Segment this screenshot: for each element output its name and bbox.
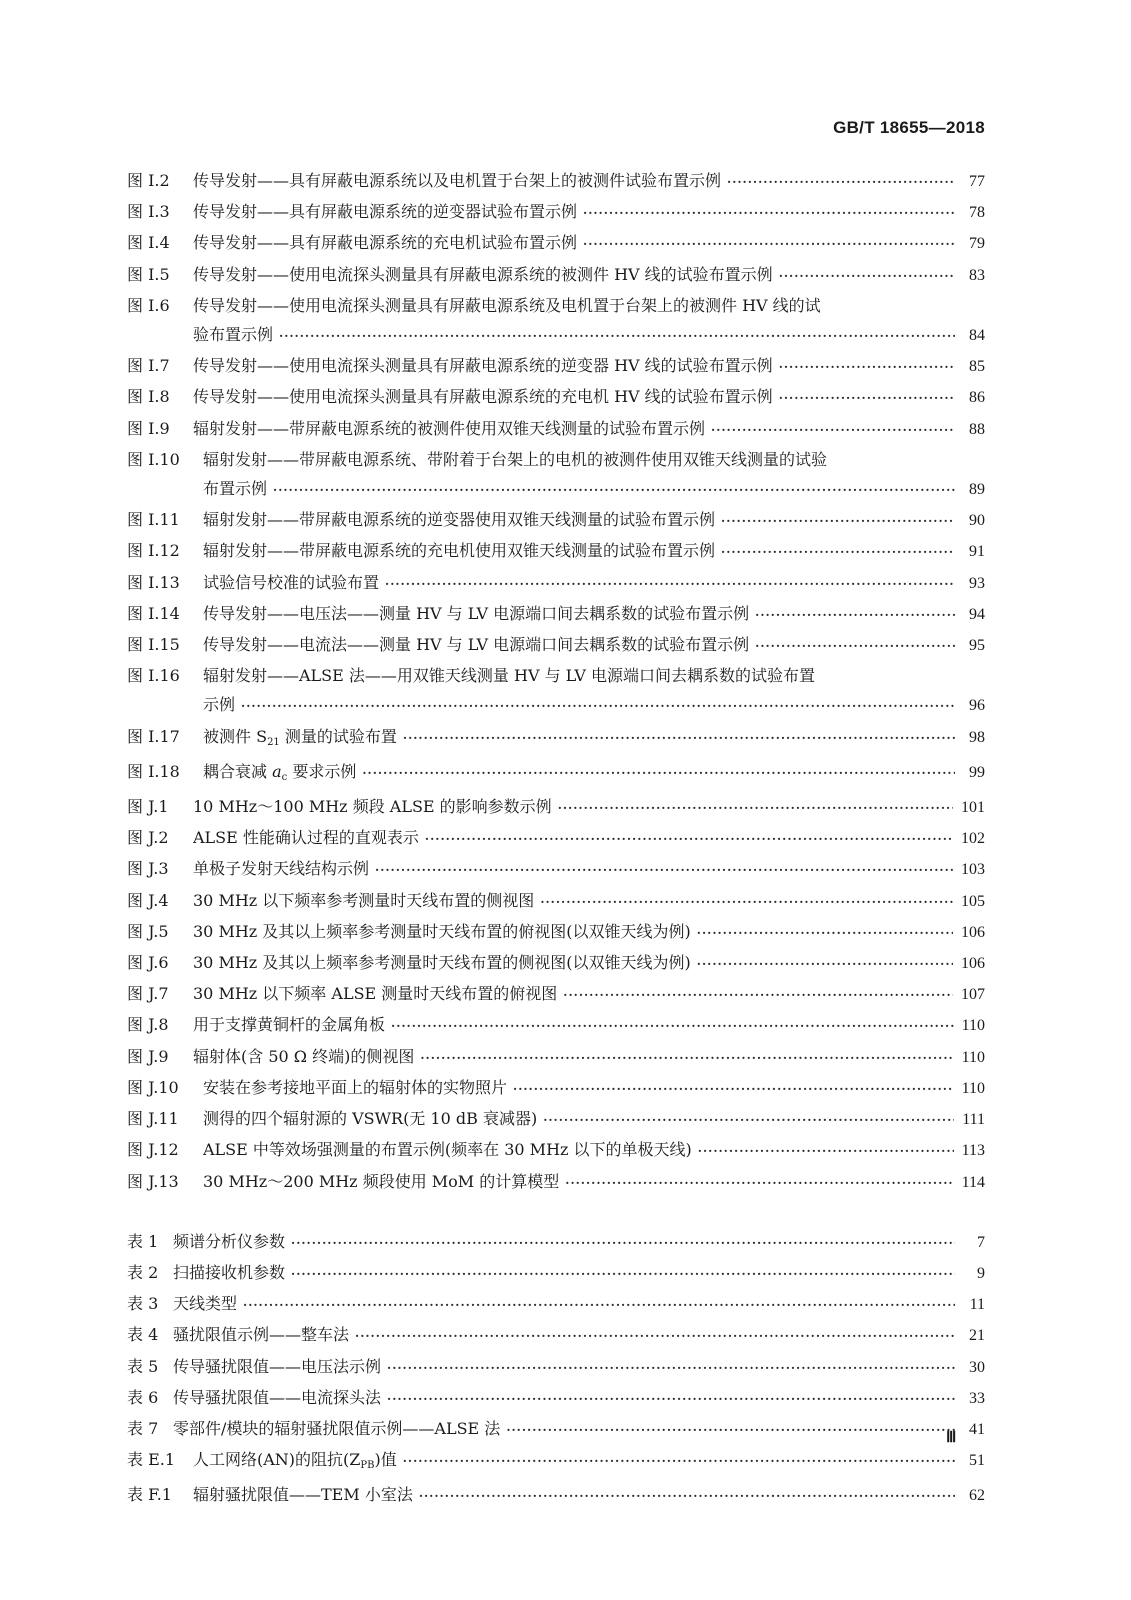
- entry-page-number: 88: [963, 415, 985, 444]
- entry-label: 图 J.13: [127, 1167, 203, 1196]
- entry-line: 安装在参考接地平面上的辐射体的实物照片110: [203, 1073, 985, 1104]
- entry-body: 辐射发射——带屏蔽电源系统的被测件使用双锥天线测量的试验布置示例88: [193, 414, 985, 445]
- entry-body: 测得的四个辐射源的 VSWR(无 10 dB 衰减器)111: [203, 1104, 985, 1135]
- entry-line: 扫描接收机参数9: [173, 1258, 985, 1289]
- entry-label: 图 J.8: [127, 1010, 193, 1039]
- entry-body: 用于支撑黄铜杆的金属角板110: [193, 1010, 985, 1041]
- entry-body: 传导骚扰限值——电流探头法33: [173, 1383, 985, 1414]
- entry-title: 传导发射——使用电流探头测量具有屏蔽电源系统的逆变器 HV 线的试验布置示例: [193, 351, 773, 380]
- entry-page-number: 114: [962, 1168, 985, 1197]
- table-list: 表 1频谱分析仪参数7表 2扫描接收机参数9表 3天线类型11表 4骚扰限值示例…: [127, 1227, 985, 1512]
- toc-figure-entry[interactable]: 图 J.9辐射体(含 50 Ω 终端)的侧视图110: [127, 1042, 985, 1073]
- entry-title: 人工网络(AN)的阻抗(ZPB)值: [193, 1445, 397, 1480]
- entry-title: 30 MHz 以下频率参考测量时天线布置的侧视图: [193, 886, 534, 915]
- entry-line: 传导发射——电压法——测量 HV 与 LV 电源端口间去耦系数的试验布置示例94: [203, 599, 985, 630]
- dot-leader: [425, 825, 953, 854]
- entry-line: 辐射体(含 50 Ω 终端)的侧视图110: [193, 1042, 985, 1073]
- entry-body: 30 MHz～200 MHz 频段使用 MoM 的计算模型114: [203, 1167, 985, 1198]
- entry-page-number: 102: [961, 824, 985, 853]
- toc-table-entry[interactable]: 表 6传导骚扰限值——电流探头法33: [127, 1383, 985, 1414]
- dot-leader: [558, 794, 953, 823]
- toc-figure-entry[interactable]: 图 I.5传导发射——使用电流探头测量具有屏蔽电源系统的被测件 HV 线的试验布…: [127, 260, 985, 291]
- toc-figure-entry[interactable]: 图 J.630 MHz 及其以上频率参考测量时天线布置的侧视图(以双锥天线为例)…: [127, 948, 985, 979]
- toc-table-entry[interactable]: 表 3天线类型11: [127, 1289, 985, 1320]
- entry-title: 传导发射——使用电流探头测量具有屏蔽电源系统及电机置于台架上的被测件 HV 线的…: [193, 291, 821, 320]
- entry-page-number: 11: [963, 1290, 985, 1319]
- entry-line: 频谱分析仪参数7: [173, 1227, 985, 1258]
- entry-page-number: 62: [963, 1481, 985, 1510]
- entry-body: ALSE 中等效场强测量的布置示例(频率在 30 MHz 以下的单极天线)113: [203, 1135, 985, 1166]
- entry-title: 辐射体(含 50 Ω 终端)的侧视图: [193, 1042, 414, 1071]
- entry-title: 耦合衰减 ac 要求示例: [203, 757, 356, 792]
- entry-title: 扫描接收机参数: [173, 1258, 285, 1287]
- entry-line: 测得的四个辐射源的 VSWR(无 10 dB 衰减器)111: [203, 1104, 985, 1135]
- entry-body: 传导发射——使用电流探头测量具有屏蔽电源系统及电机置于台架上的被测件 HV 线的…: [193, 291, 985, 351]
- entry-body: 传导发射——具有屏蔽电源系统的充电机试验布置示例79: [193, 228, 985, 259]
- dot-leader: [755, 601, 955, 630]
- entry-title: ALSE 性能确认过程的直观表示: [193, 823, 419, 852]
- toc-figure-entry[interactable]: 图 J.430 MHz 以下频率参考测量时天线布置的侧视图105: [127, 886, 985, 917]
- entry-label: 图 I.10: [127, 445, 203, 474]
- toc-table-entry[interactable]: 表 1频谱分析仪参数7: [127, 1227, 985, 1258]
- entry-page-number: 107: [961, 980, 985, 1009]
- entry-body: 扫描接收机参数9: [173, 1258, 985, 1289]
- entry-body: 频谱分析仪参数7: [173, 1227, 985, 1258]
- entry-title: 传导发射——使用电流探头测量具有屏蔽电源系统的被测件 HV 线的试验布置示例: [193, 260, 773, 289]
- toc-figure-entry[interactable]: 图 I.3传导发射——具有屏蔽电源系统的逆变器试验布置示例78: [127, 197, 985, 228]
- entry-label: 表 2: [127, 1258, 173, 1287]
- entry-page-number: 98: [963, 723, 985, 752]
- entry-title: 测得的四个辐射源的 VSWR(无 10 dB 衰减器): [203, 1104, 537, 1133]
- toc-table-entry[interactable]: 表 4骚扰限值示例——整车法21: [127, 1320, 985, 1351]
- toc-table-entry[interactable]: 表 E.1人工网络(AN)的阻抗(ZPB)值51: [127, 1445, 985, 1480]
- entry-body: 零部件/模块的辐射骚扰限值示例——ALSE 法41: [173, 1414, 985, 1445]
- dot-leader: [540, 888, 953, 917]
- entry-body: 传导骚扰限值——电压法示例30: [173, 1352, 985, 1383]
- entry-page-number: 110: [962, 1043, 985, 1072]
- entry-body: 传导发射——具有屏蔽电源系统以及电机置于台架上的被测件试验布置示例77: [193, 166, 985, 197]
- dot-leader: [241, 692, 955, 721]
- entry-label: 图 J.5: [127, 917, 193, 946]
- dot-leader: [291, 1229, 955, 1258]
- entry-title: 零部件/模块的辐射骚扰限值示例——ALSE 法: [173, 1414, 500, 1443]
- entry-body: 天线类型11: [173, 1289, 985, 1320]
- entry-line: 辐射发射——带屏蔽电源系统的被测件使用双锥天线测量的试验布置示例88: [193, 414, 985, 445]
- dot-leader: [291, 1260, 955, 1289]
- entry-title: 辐射发射——带屏蔽电源系统的充电机使用双锥天线测量的试验布置示例: [203, 536, 715, 565]
- entry-line: 人工网络(AN)的阻抗(ZPB)值51: [193, 1445, 985, 1480]
- toc-figure-entry[interactable]: 图 J.730 MHz 以下频率 ALSE 测量时天线布置的俯视图107: [127, 979, 985, 1010]
- entry-line: 示例96: [203, 690, 985, 721]
- entry-page-number: 21: [963, 1321, 985, 1350]
- entry-line: 传导发射——使用电流探头测量具有屏蔽电源系统的充电机 HV 线的试验布置示例86: [193, 382, 985, 413]
- dot-leader: [779, 384, 955, 413]
- entry-label: 图 I.5: [127, 260, 193, 289]
- entry-title: 30 MHz 以下频率 ALSE 测量时天线布置的俯视图: [193, 979, 557, 1008]
- standard-number-header: GB/T 18655—2018: [833, 118, 985, 138]
- entry-body: 传导发射——使用电流探头测量具有屏蔽电源系统的逆变器 HV 线的试验布置示例85: [193, 351, 985, 382]
- entry-title: 10 MHz～100 MHz 频段 ALSE 的影响参数示例: [193, 792, 552, 821]
- entry-page-number: 77: [963, 167, 985, 196]
- entry-page-number: 84: [963, 321, 985, 350]
- toc-figure-entry[interactable]: 图 I.4传导发射——具有屏蔽电源系统的充电机试验布置示例79: [127, 228, 985, 259]
- toc-figure-entry[interactable]: 图 I.6传导发射——使用电流探头测量具有屏蔽电源系统及电机置于台架上的被测件 …: [127, 291, 985, 351]
- entry-line: 30 MHz 以下频率参考测量时天线布置的侧视图105: [193, 886, 985, 917]
- dot-leader: [779, 262, 955, 291]
- entry-body: 耦合衰减 ac 要求示例99: [203, 757, 985, 792]
- entry-page-number: 93: [963, 569, 985, 598]
- toc-figure-entry[interactable]: 图 J.1330 MHz～200 MHz 频段使用 MoM 的计算模型114: [127, 1167, 985, 1198]
- entry-label: 图 I.17: [127, 722, 203, 751]
- toc-figure-entry[interactable]: 图 I.9辐射发射——带屏蔽电源系统的被测件使用双锥天线测量的试验布置示例88: [127, 414, 985, 445]
- entry-line: 30 MHz 及其以上频率参考测量时天线布置的侧视图(以双锥天线为例)106: [193, 948, 985, 979]
- entry-page-number: 51: [963, 1446, 985, 1475]
- entry-line: 传导发射——使用电流探头测量具有屏蔽电源系统及电机置于台架上的被测件 HV 线的…: [193, 291, 985, 320]
- entry-title: 30 MHz 及其以上频率参考测量时天线布置的俯视图(以双锥天线为例): [193, 917, 691, 946]
- entry-page-number: 33: [963, 1384, 985, 1413]
- entry-line: 传导骚扰限值——电压法示例30: [173, 1352, 985, 1383]
- entry-label: 图 I.2: [127, 166, 193, 195]
- entry-label: 表 3: [127, 1289, 173, 1318]
- toc-figure-entry[interactable]: 图 J.530 MHz 及其以上频率参考测量时天线布置的俯视图(以双锥天线为例)…: [127, 917, 985, 948]
- entry-line: 验布置示例84: [193, 320, 985, 351]
- dot-leader: [721, 507, 955, 536]
- entry-title: 传导发射——具有屏蔽电源系统的逆变器试验布置示例: [193, 197, 577, 226]
- entry-label: 表 5: [127, 1352, 173, 1381]
- entry-page-number: 111: [962, 1105, 985, 1134]
- toc-figure-entry[interactable]: 图 I.11辐射发射——带屏蔽电源系统的逆变器使用双锥天线测量的试验布置示例90: [127, 505, 985, 536]
- entry-label: 图 I.7: [127, 351, 193, 380]
- dot-leader: [387, 1385, 955, 1414]
- entry-label: 图 J.7: [127, 979, 193, 1008]
- figure-list: 图 I.2传导发射——具有屏蔽电源系统以及电机置于台架上的被测件试验布置示例77…: [127, 166, 985, 1198]
- entry-line: 单极子发射天线结构示例103: [193, 854, 985, 885]
- toc-figure-entry[interactable]: 图 J.12ALSE 中等效场强测量的布置示例(频率在 30 MHz 以下的单极…: [127, 1135, 985, 1166]
- entry-body: 30 MHz 及其以上频率参考测量时天线布置的俯视图(以双锥天线为例)106: [193, 917, 985, 948]
- entry-line: 30 MHz 以下频率 ALSE 测量时天线布置的俯视图107: [193, 979, 985, 1010]
- entry-line: 30 MHz～200 MHz 频段使用 MoM 的计算模型114: [203, 1167, 985, 1198]
- entry-title: 传导骚扰限值——电压法示例: [173, 1352, 381, 1381]
- dot-leader: [387, 1354, 955, 1383]
- entry-title: 频谱分析仪参数: [173, 1227, 285, 1256]
- dot-leader: [543, 1106, 954, 1135]
- entry-page-number: 99: [963, 758, 985, 787]
- entry-title: 试验信号校准的试验布置: [203, 568, 379, 597]
- toc-figure-entry[interactable]: 图 J.110 MHz～100 MHz 频段 ALSE 的影响参数示例101: [127, 792, 985, 823]
- entry-title: 天线类型: [173, 1289, 237, 1318]
- entry-page-number: 105: [961, 887, 985, 916]
- entry-body: 传导发射——使用电流探头测量具有屏蔽电源系统的充电机 HV 线的试验布置示例86: [193, 382, 985, 413]
- dot-leader: [711, 416, 955, 445]
- entry-body: 辐射体(含 50 Ω 终端)的侧视图110: [193, 1042, 985, 1073]
- dot-leader: [362, 759, 955, 788]
- toc-figure-entry[interactable]: 图 I.18耦合衰减 ac 要求示例99: [127, 757, 985, 792]
- dot-leader: [420, 1044, 953, 1073]
- entry-title: 被测件 S21 测量的试验布置: [203, 722, 397, 757]
- entry-label: 图 J.9: [127, 1042, 193, 1071]
- entry-label: 图 J.2: [127, 823, 193, 852]
- entry-title: 布置示例: [203, 474, 267, 503]
- entry-title: 传导发射——使用电流探头测量具有屏蔽电源系统的充电机 HV 线的试验布置示例: [193, 382, 773, 411]
- toc-table-entry[interactable]: 表 2扫描接收机参数9: [127, 1258, 985, 1289]
- dot-leader: [755, 632, 955, 661]
- entry-line: 天线类型11: [173, 1289, 985, 1320]
- entry-page-number: 95: [963, 631, 985, 660]
- entry-label: 表 F.1: [127, 1480, 193, 1509]
- entry-line: 10 MHz～100 MHz 频段 ALSE 的影响参数示例101: [193, 792, 985, 823]
- dot-leader: [698, 1137, 954, 1166]
- entry-title: 30 MHz～200 MHz 频段使用 MoM 的计算模型: [203, 1167, 559, 1196]
- entry-page-number: 110: [962, 1011, 985, 1040]
- entry-line: 辐射发射——带屏蔽电源系统的充电机使用双锥天线测量的试验布置示例91: [203, 536, 985, 567]
- entry-line: 辐射发射——带屏蔽电源系统的逆变器使用双锥天线测量的试验布置示例90: [203, 505, 985, 536]
- entry-body: 传导发射——具有屏蔽电源系统的逆变器试验布置示例78: [193, 197, 985, 228]
- entry-body: 被测件 S21 测量的试验布置98: [203, 722, 985, 757]
- entry-label: 图 J.10: [127, 1073, 203, 1102]
- toc-figure-entry[interactable]: 图 I.17被测件 S21 测量的试验布置98: [127, 722, 985, 757]
- entry-page-number: 9: [963, 1259, 985, 1288]
- entry-title: 辐射发射——带屏蔽电源系统的被测件使用双锥天线测量的试验布置示例: [193, 414, 705, 443]
- table-of-contents: 图 I.2传导发射——具有屏蔽电源系统以及电机置于台架上的被测件试验布置示例77…: [127, 166, 985, 1512]
- dot-leader: [403, 724, 955, 753]
- entry-title: ALSE 中等效场强测量的布置示例(频率在 30 MHz 以下的单极天线): [203, 1135, 692, 1164]
- entry-label: 表 1: [127, 1227, 173, 1256]
- entry-body: 30 MHz 以下频率 ALSE 测量时天线布置的俯视图107: [193, 979, 985, 1010]
- page-number-footer: Ⅲ: [946, 1428, 956, 1447]
- toc-figure-entry[interactable]: 图 I.15传导发射——电流法——测量 HV 与 LV 电源端口间去耦系数的试验…: [127, 630, 985, 661]
- entry-body: 试验信号校准的试验布置93: [203, 568, 985, 599]
- entry-line: ALSE 中等效场强测量的布置示例(频率在 30 MHz 以下的单极天线)113: [203, 1135, 985, 1166]
- entry-label: 图 J.3: [127, 854, 193, 883]
- entry-page-number: 113: [962, 1136, 985, 1165]
- entry-title: 安装在参考接地平面上的辐射体的实物照片: [203, 1073, 507, 1102]
- entry-label: 图 I.18: [127, 757, 203, 786]
- entry-label: 图 I.6: [127, 291, 193, 320]
- entry-title: 辐射发射——ALSE 法——用双锥天线测量 HV 与 LV 电源端口间去耦系数的…: [203, 661, 815, 690]
- entry-page-number: 85: [963, 352, 985, 381]
- dot-leader: [243, 1291, 955, 1320]
- entry-body: 30 MHz 以下频率参考测量时天线布置的侧视图105: [193, 886, 985, 917]
- entry-page-number: 110: [962, 1074, 985, 1103]
- toc-figure-entry[interactable]: 图 J.3单极子发射天线结构示例103: [127, 854, 985, 885]
- dot-leader: [563, 981, 953, 1010]
- entry-line: 布置示例89: [203, 474, 985, 505]
- entry-label: 图 I.8: [127, 382, 193, 411]
- entry-page-number: 83: [963, 261, 985, 290]
- entry-line: 传导发射——使用电流探头测量具有屏蔽电源系统的逆变器 HV 线的试验布置示例85: [193, 351, 985, 382]
- entry-label: 表 6: [127, 1383, 173, 1412]
- entry-body: 辐射发射——ALSE 法——用双锥天线测量 HV 与 LV 电源端口间去耦系数的…: [203, 661, 985, 721]
- dot-leader: [355, 1322, 955, 1351]
- entry-title: 传导发射——电压法——测量 HV 与 LV 电源端口间去耦系数的试验布置示例: [203, 599, 749, 628]
- entry-body: 辐射骚扰限值——TEM 小室法62: [193, 1480, 985, 1511]
- toc-table-entry[interactable]: 表 7零部件/模块的辐射骚扰限值示例——ALSE 法41: [127, 1414, 985, 1445]
- entry-body: 辐射发射——带屏蔽电源系统的充电机使用双锥天线测量的试验布置示例91: [203, 536, 985, 567]
- dot-leader: [279, 322, 955, 351]
- entry-label: 图 J.12: [127, 1135, 203, 1164]
- toc-figure-entry[interactable]: 图 J.11测得的四个辐射源的 VSWR(无 10 dB 衰减器)111: [127, 1104, 985, 1135]
- entry-title: 单极子发射天线结构示例: [193, 854, 369, 883]
- entry-body: 传导发射——电压法——测量 HV 与 LV 电源端口间去耦系数的试验布置示例94: [203, 599, 985, 630]
- entry-body: 辐射发射——带屏蔽电源系统、带附着于台架上的电机的被测件使用双锥天线测量的试验布…: [203, 445, 985, 505]
- entry-page-number: 103: [961, 855, 985, 884]
- entry-line: 试验信号校准的试验布置93: [203, 568, 985, 599]
- entry-line: 传导骚扰限值——电流探头法33: [173, 1383, 985, 1414]
- toc-figure-entry[interactable]: 图 I.8传导发射——使用电流探头测量具有屏蔽电源系统的充电机 HV 线的试验布…: [127, 382, 985, 413]
- entry-body: 30 MHz 及其以上频率参考测量时天线布置的侧视图(以双锥天线为例)106: [193, 948, 985, 979]
- dot-leader: [419, 1482, 955, 1511]
- toc-figure-entry[interactable]: 图 I.12辐射发射——带屏蔽电源系统的充电机使用双锥天线测量的试验布置示例91: [127, 536, 985, 567]
- dot-leader: [385, 570, 955, 599]
- dot-leader: [697, 919, 953, 948]
- entry-title: 辐射发射——带屏蔽电源系统、带附着于台架上的电机的被测件使用双锥天线测量的试验: [203, 445, 827, 474]
- entry-page-number: 90: [963, 506, 985, 535]
- entry-body: ALSE 性能确认过程的直观表示102: [193, 823, 985, 854]
- entry-line: 耦合衰减 ac 要求示例99: [203, 757, 985, 792]
- entry-line: 传导发射——使用电流探头测量具有屏蔽电源系统的被测件 HV 线的试验布置示例83: [193, 260, 985, 291]
- dot-leader: [513, 1075, 954, 1104]
- entry-label: 图 J.1: [127, 792, 193, 821]
- toc-figure-entry[interactable]: 图 I.10辐射发射——带屏蔽电源系统、带附着于台架上的电机的被测件使用双锥天线…: [127, 445, 985, 505]
- entry-label: 图 I.11: [127, 505, 203, 534]
- entry-page-number: 106: [961, 918, 985, 947]
- dot-leader: [391, 1012, 954, 1041]
- dot-leader: [403, 1447, 955, 1476]
- entry-label: 图 J.11: [127, 1104, 203, 1133]
- toc-table-entry[interactable]: 表 F.1辐射骚扰限值——TEM 小室法62: [127, 1480, 985, 1511]
- entry-label: 图 I.15: [127, 630, 203, 659]
- entry-label: 图 J.6: [127, 948, 193, 977]
- entry-label: 图 I.16: [127, 661, 203, 690]
- entry-title: 传导发射——具有屏蔽电源系统以及电机置于台架上的被测件试验布置示例: [193, 166, 721, 195]
- entry-line: 传导发射——电流法——测量 HV 与 LV 电源端口间去耦系数的试验布置示例95: [203, 630, 985, 661]
- entry-line: 辐射骚扰限值——TEM 小室法62: [193, 1480, 985, 1511]
- entry-title: 用于支撑黄铜杆的金属角板: [193, 1010, 385, 1039]
- dot-leader: [506, 1416, 955, 1445]
- toc-figure-entry[interactable]: 图 I.2传导发射——具有屏蔽电源系统以及电机置于台架上的被测件试验布置示例77: [127, 166, 985, 197]
- entry-title: 传导骚扰限值——电流探头法: [173, 1383, 381, 1412]
- entry-title: 30 MHz 及其以上频率参考测量时天线布置的侧视图(以双锥天线为例): [193, 948, 691, 977]
- entry-page-number: 78: [963, 198, 985, 227]
- entry-body: 安装在参考接地平面上的辐射体的实物照片110: [203, 1073, 985, 1104]
- entry-title: 验布置示例: [193, 320, 273, 349]
- entry-line: ALSE 性能确认过程的直观表示102: [193, 823, 985, 854]
- entry-page-number: 96: [963, 691, 985, 720]
- entry-title: 示例: [203, 690, 235, 719]
- entry-title: 传导发射——具有屏蔽电源系统的充电机试验布置示例: [193, 228, 577, 257]
- dot-leader: [727, 168, 955, 197]
- entry-page-number: 7: [963, 1228, 985, 1257]
- dot-leader: [565, 1169, 953, 1198]
- entry-body: 骚扰限值示例——整车法21: [173, 1320, 985, 1351]
- entry-label: 表 7: [127, 1414, 173, 1443]
- dot-leader: [375, 856, 953, 885]
- toc-figure-entry[interactable]: 图 I.13试验信号校准的试验布置93: [127, 568, 985, 599]
- entry-line: 传导发射——具有屏蔽电源系统的充电机试验布置示例79: [193, 228, 985, 259]
- entry-label: 图 I.3: [127, 197, 193, 226]
- entry-label: 图 I.4: [127, 228, 193, 257]
- entry-line: 30 MHz 及其以上频率参考测量时天线布置的俯视图(以双锥天线为例)106: [193, 917, 985, 948]
- toc-figure-entry[interactable]: 图 J.2ALSE 性能确认过程的直观表示102: [127, 823, 985, 854]
- entry-line: 传导发射——具有屏蔽电源系统的逆变器试验布置示例78: [193, 197, 985, 228]
- entry-body: 10 MHz～100 MHz 频段 ALSE 的影响参数示例101: [193, 792, 985, 823]
- entry-label: 图 I.9: [127, 414, 193, 443]
- section-gap: [127, 1198, 985, 1227]
- entry-page-number: 91: [963, 537, 985, 566]
- toc-figure-entry[interactable]: 图 I.7传导发射——使用电流探头测量具有屏蔽电源系统的逆变器 HV 线的试验布…: [127, 351, 985, 382]
- toc-figure-entry[interactable]: 图 J.10安装在参考接地平面上的辐射体的实物照片110: [127, 1073, 985, 1104]
- entry-label: 图 I.13: [127, 568, 203, 597]
- dot-leader: [583, 199, 955, 228]
- dot-leader: [779, 353, 955, 382]
- toc-table-entry[interactable]: 表 5传导骚扰限值——电压法示例30: [127, 1352, 985, 1383]
- entry-label: 表 E.1: [127, 1445, 193, 1474]
- dot-leader: [697, 950, 953, 979]
- entry-page-number: 101: [961, 793, 985, 822]
- entry-body: 传导发射——使用电流探头测量具有屏蔽电源系统的被测件 HV 线的试验布置示例83: [193, 260, 985, 291]
- entry-line: 辐射发射——ALSE 法——用双锥天线测量 HV 与 LV 电源端口间去耦系数的…: [203, 661, 985, 690]
- entry-line: 零部件/模块的辐射骚扰限值示例——ALSE 法41: [173, 1414, 985, 1445]
- entry-title: 辐射骚扰限值——TEM 小室法: [193, 1480, 413, 1509]
- entry-label: 图 I.14: [127, 599, 203, 628]
- entry-line: 辐射发射——带屏蔽电源系统、带附着于台架上的电机的被测件使用双锥天线测量的试验: [203, 445, 985, 474]
- entry-page-number: 79: [963, 229, 985, 258]
- entry-page-number: 41: [963, 1415, 985, 1444]
- entry-title: 辐射发射——带屏蔽电源系统的逆变器使用双锥天线测量的试验布置示例: [203, 505, 715, 534]
- dot-leader: [721, 538, 955, 567]
- entry-line: 传导发射——具有屏蔽电源系统以及电机置于台架上的被测件试验布置示例77: [193, 166, 985, 197]
- dot-leader: [583, 230, 955, 259]
- dot-leader: [273, 476, 955, 505]
- entry-body: 人工网络(AN)的阻抗(ZPB)值51: [193, 1445, 985, 1480]
- entry-label: 图 J.4: [127, 886, 193, 915]
- entry-page-number: 106: [961, 949, 985, 978]
- entry-page-number: 30: [963, 1353, 985, 1382]
- entry-body: 传导发射——电流法——测量 HV 与 LV 电源端口间去耦系数的试验布置示例95: [203, 630, 985, 661]
- entry-line: 被测件 S21 测量的试验布置98: [203, 722, 985, 757]
- entry-line: 骚扰限值示例——整车法21: [173, 1320, 985, 1351]
- entry-body: 辐射发射——带屏蔽电源系统的逆变器使用双锥天线测量的试验布置示例90: [203, 505, 985, 536]
- toc-figure-entry[interactable]: 图 J.8用于支撑黄铜杆的金属角板110: [127, 1010, 985, 1041]
- entry-page-number: 89: [963, 475, 985, 504]
- entry-title: 传导发射——电流法——测量 HV 与 LV 电源端口间去耦系数的试验布置示例: [203, 630, 749, 659]
- entry-line: 用于支撑黄铜杆的金属角板110: [193, 1010, 985, 1041]
- entry-label: 表 4: [127, 1320, 173, 1349]
- entry-title: 骚扰限值示例——整车法: [173, 1320, 349, 1349]
- toc-figure-entry[interactable]: 图 I.16辐射发射——ALSE 法——用双锥天线测量 HV 与 LV 电源端口…: [127, 661, 985, 721]
- entry-body: 单极子发射天线结构示例103: [193, 854, 985, 885]
- entry-page-number: 86: [963, 383, 985, 412]
- entry-label: 图 I.12: [127, 536, 203, 565]
- entry-page-number: 94: [963, 600, 985, 629]
- toc-figure-entry[interactable]: 图 I.14传导发射——电压法——测量 HV 与 LV 电源端口间去耦系数的试验…: [127, 599, 985, 630]
